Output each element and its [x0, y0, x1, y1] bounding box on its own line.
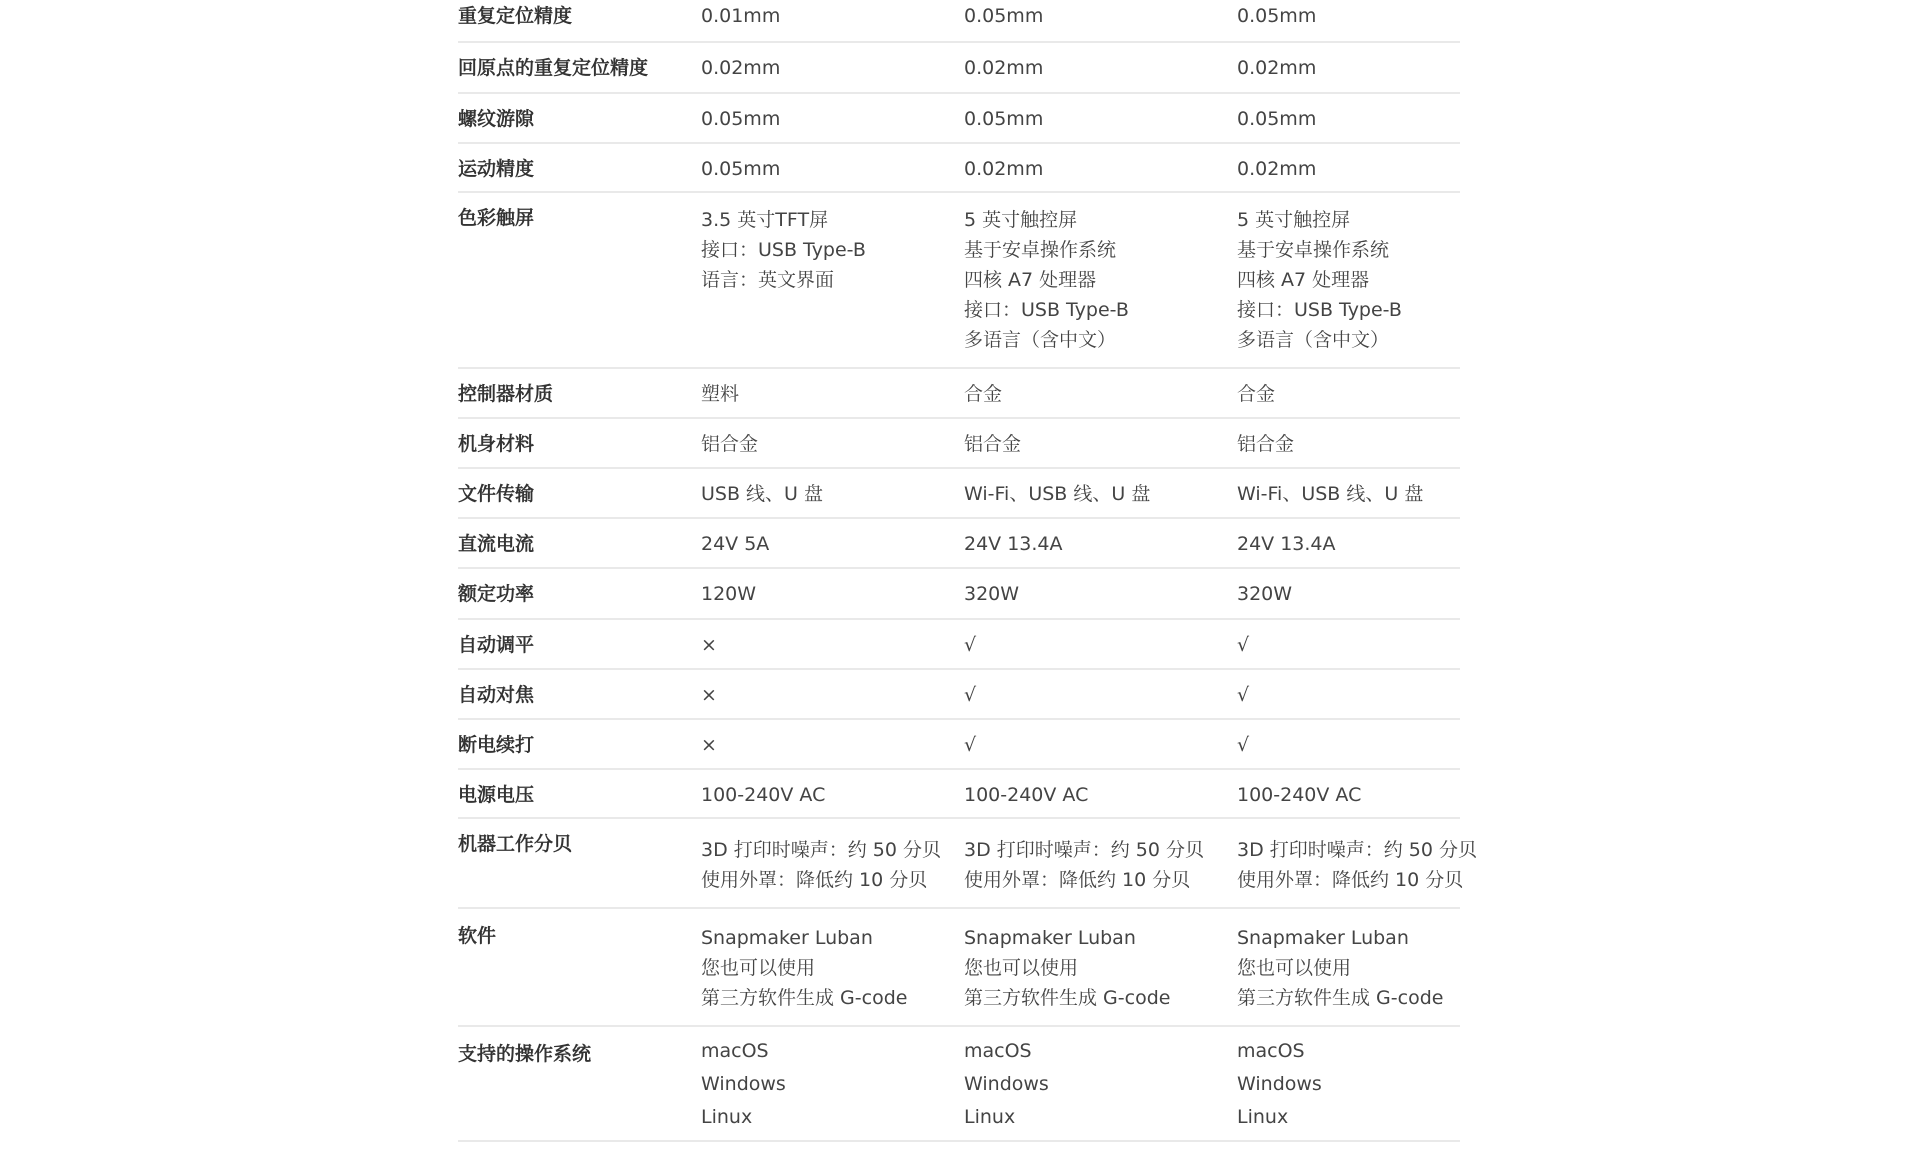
spec-value-line: 0.02mm: [1237, 55, 1316, 81]
spec-value-col-3: √: [1237, 682, 1249, 708]
spec-value-line: 3D 打印时噪声：约 50 分贝: [701, 835, 941, 865]
spec-value-col-3: 合金: [1237, 381, 1275, 407]
spec-value-line: 第三方软件生成 G-code: [964, 983, 1170, 1013]
spec-value-col-3: 24V 13.4A: [1237, 531, 1336, 557]
spec-value-col-3: 100-240V AC: [1237, 782, 1361, 808]
spec-value-line: 24V 13.4A: [1237, 531, 1336, 557]
spec-label: 直流电流: [458, 519, 701, 567]
spec-value-line: 5 英寸触控屏: [964, 205, 1129, 235]
spec-value-col-3: 5 英寸触控屏基于安卓操作系统四核 A7 处理器接口：USB Type-B多语言…: [1237, 205, 1402, 355]
spec-value-line: 100-240V AC: [964, 782, 1088, 808]
spec-value-line: 0.05mm: [701, 106, 780, 132]
spec-value-line: 0.05mm: [964, 106, 1043, 132]
table-row: 色彩触屏3.5 英寸TFT屏接口：USB Type-B语言：英文界面5 英寸触控…: [458, 193, 1460, 369]
spec-label: 色彩触屏: [458, 193, 701, 367]
spec-value-line: 0.05mm: [1237, 3, 1316, 29]
spec-value-col-2: 3D 打印时噪声：约 50 分贝使用外罩：降低约 10 分贝: [964, 835, 1204, 895]
spec-value-line: √: [1237, 732, 1249, 758]
spec-value-col-2: 0.02mm: [964, 55, 1043, 81]
spec-value-line: 100-240V AC: [1237, 782, 1361, 808]
spec-value-line: 接口：USB Type-B: [1237, 295, 1402, 325]
spec-value-col-1: 3D 打印时噪声：约 50 分贝使用外罩：降低约 10 分贝: [701, 835, 941, 895]
spec-value-col-3: √: [1237, 632, 1249, 658]
spec-value-line: √: [1237, 682, 1249, 708]
table-row: 额定功率120W320W320W: [458, 569, 1460, 620]
table-row: 螺纹游隙0.05mm0.05mm0.05mm: [458, 94, 1460, 144]
spec-value-col-2: 合金: [964, 381, 1002, 407]
spec-label: 回原点的重复定位精度: [458, 43, 701, 92]
spec-value-col-3: √: [1237, 732, 1249, 758]
spec-value-line: Windows: [701, 1068, 786, 1101]
table-row: 运动精度0.05mm0.02mm0.02mm: [458, 144, 1460, 193]
spec-value-col-1: 3.5 英寸TFT屏接口：USB Type-B语言：英文界面: [701, 205, 866, 295]
table-row: 软件Snapmaker Luban您也可以使用第三方软件生成 G-codeSna…: [458, 909, 1460, 1027]
spec-value-line: Linux: [1237, 1101, 1322, 1134]
spec-value-line: √: [964, 632, 976, 658]
spec-value-line: 多语言（含中文）: [1237, 325, 1402, 355]
spec-value-col-3: 铝合金: [1237, 431, 1294, 457]
spec-value-line: 0.01mm: [701, 3, 780, 29]
spec-value-line: Snapmaker Luban: [964, 923, 1170, 953]
spec-value-col-3: 0.02mm: [1237, 156, 1316, 182]
table-row: 机身材料铝合金铝合金铝合金: [458, 419, 1460, 469]
spec-value-col-3: macOSWindowsLinux: [1237, 1035, 1322, 1134]
spec-value-line: 0.02mm: [701, 55, 780, 81]
spec-value-line: 铝合金: [1237, 431, 1294, 457]
spec-label: 自动对焦: [458, 670, 701, 718]
spec-value-line: 320W: [964, 581, 1019, 607]
spec-value-col-1: 0.02mm: [701, 55, 780, 81]
spec-value-line: 3.5 英寸TFT屏: [701, 205, 866, 235]
spec-value-line: √: [964, 732, 976, 758]
spec-value-line: 第三方软件生成 G-code: [701, 983, 907, 1013]
spec-value-col-1: ×: [701, 682, 717, 708]
spec-value-line: 0.02mm: [964, 156, 1043, 182]
spec-value-line: 24V 13.4A: [964, 531, 1063, 557]
spec-label: 自动调平: [458, 620, 701, 668]
spec-value-line: Snapmaker Luban: [701, 923, 907, 953]
spec-value-col-2: 0.02mm: [964, 156, 1043, 182]
spec-value-col-2: Snapmaker Luban您也可以使用第三方软件生成 G-code: [964, 923, 1170, 1013]
spec-label: 文件传输: [458, 469, 701, 517]
table-row: 自动对焦×√√: [458, 670, 1460, 720]
spec-value-col-1: ×: [701, 632, 717, 658]
spec-value-col-3: 0.05mm: [1237, 106, 1316, 132]
spec-value-line: 第三方软件生成 G-code: [1237, 983, 1443, 1013]
spec-value-col-1: 铝合金: [701, 431, 758, 457]
spec-value-col-2: √: [964, 682, 976, 708]
spec-value-col-1: macOSWindowsLinux: [701, 1035, 786, 1134]
spec-value-line: 塑料: [701, 381, 739, 407]
spec-value-col-2: 320W: [964, 581, 1019, 607]
spec-value-line: 120W: [701, 581, 756, 607]
spec-value-line: Snapmaker Luban: [1237, 923, 1443, 953]
spec-value-col-2: macOSWindowsLinux: [964, 1035, 1049, 1134]
spec-label: 断电续打: [458, 720, 701, 768]
spec-value-line: √: [1237, 632, 1249, 658]
spec-value-col-3: 0.02mm: [1237, 55, 1316, 81]
spec-label: 机身材料: [458, 419, 701, 467]
spec-value-line: Wi-Fi、USB 线、U 盘: [1237, 481, 1423, 507]
spec-value-col-2: 0.05mm: [964, 106, 1043, 132]
spec-value-col-2: √: [964, 732, 976, 758]
spec-value-line: 多语言（含中文）: [964, 325, 1129, 355]
spec-value-col-1: 塑料: [701, 381, 739, 407]
spec-value-line: 铝合金: [701, 431, 758, 457]
spec-value-line: ×: [701, 632, 717, 658]
spec-value-col-2: 5 英寸触控屏基于安卓操作系统四核 A7 处理器接口：USB Type-B多语言…: [964, 205, 1129, 355]
spec-label: 重复定位精度: [458, 0, 701, 41]
spec-value-line: 四核 A7 处理器: [964, 265, 1129, 295]
spec-value-line: 您也可以使用: [964, 953, 1170, 983]
spec-value-line: 3D 打印时噪声：约 50 分贝: [1237, 835, 1477, 865]
spec-value-col-1: 24V 5A: [701, 531, 769, 557]
spec-label: 运动精度: [458, 144, 701, 191]
spec-value-line: ×: [701, 732, 717, 758]
spec-value-line: 100-240V AC: [701, 782, 825, 808]
spec-label: 电源电压: [458, 770, 701, 817]
table-row: 自动调平×√√: [458, 620, 1460, 670]
spec-value-line: Linux: [964, 1101, 1049, 1134]
spec-value-col-2: 100-240V AC: [964, 782, 1088, 808]
spec-value-line: 语言：英文界面: [701, 265, 866, 295]
spec-value-col-1: 100-240V AC: [701, 782, 825, 808]
spec-value-line: 0.05mm: [964, 3, 1043, 29]
spec-value-col-3: 3D 打印时噪声：约 50 分贝使用外罩：降低约 10 分贝: [1237, 835, 1477, 895]
spec-value-col-3: Wi-Fi、USB 线、U 盘: [1237, 481, 1423, 507]
spec-value-col-2: 铝合金: [964, 431, 1021, 457]
spec-value-line: 0.02mm: [964, 55, 1043, 81]
spec-value-line: 您也可以使用: [1237, 953, 1443, 983]
spec-value-line: USB 线、U 盘: [701, 481, 823, 507]
spec-label: 软件: [458, 909, 701, 1025]
spec-value-line: 接口：USB Type-B: [701, 235, 866, 265]
table-row: 电源电压100-240V AC100-240V AC100-240V AC: [458, 770, 1460, 819]
spec-value-line: 24V 5A: [701, 531, 769, 557]
spec-value-line: Windows: [964, 1068, 1049, 1101]
table-row: 重复定位精度0.01mm0.05mm0.05mm: [458, 0, 1460, 43]
spec-value-col-1: 0.01mm: [701, 3, 780, 29]
spec-value-col-1: Snapmaker Luban您也可以使用第三方软件生成 G-code: [701, 923, 907, 1013]
spec-value-line: 0.05mm: [701, 156, 780, 182]
table-row: 直流电流24V 5A24V 13.4A24V 13.4A: [458, 519, 1460, 569]
spec-value-col-3: 320W: [1237, 581, 1292, 607]
spec-value-col-2: 0.05mm: [964, 3, 1043, 29]
spec-label: 额定功率: [458, 569, 701, 618]
spec-value-line: 铝合金: [964, 431, 1021, 457]
spec-label: 控制器材质: [458, 369, 701, 417]
spec-value-col-3: Snapmaker Luban您也可以使用第三方软件生成 G-code: [1237, 923, 1443, 1013]
spec-value-line: √: [964, 682, 976, 708]
spec-value-col-3: 0.05mm: [1237, 3, 1316, 29]
spec-label: 机器工作分贝: [458, 819, 701, 907]
spec-value-col-1: 0.05mm: [701, 156, 780, 182]
spec-value-line: macOS: [1237, 1035, 1322, 1068]
spec-value-line: 使用外罩：降低约 10 分贝: [964, 865, 1204, 895]
spec-value-line: ×: [701, 682, 717, 708]
spec-value-col-1: ×: [701, 732, 717, 758]
spec-value-line: 0.02mm: [1237, 156, 1316, 182]
spec-value-col-2: 24V 13.4A: [964, 531, 1063, 557]
spec-value-line: 320W: [1237, 581, 1292, 607]
table-row: 断电续打×√√: [458, 720, 1460, 770]
spec-value-line: Wi-Fi、USB 线、U 盘: [964, 481, 1150, 507]
table-row: 控制器材质塑料合金合金: [458, 369, 1460, 419]
spec-value-line: 合金: [1237, 381, 1275, 407]
spec-value-line: 基于安卓操作系统: [964, 235, 1129, 265]
table-row: 机器工作分贝3D 打印时噪声：约 50 分贝使用外罩：降低约 10 分贝3D 打…: [458, 819, 1460, 909]
table-row: 回原点的重复定位精度0.02mm0.02mm0.02mm: [458, 43, 1460, 94]
spec-comparison-table: 重复定位精度0.01mm0.05mm0.05mm回原点的重复定位精度0.02mm…: [458, 0, 1460, 1142]
spec-value-col-1: 0.05mm: [701, 106, 780, 132]
spec-value-line: macOS: [964, 1035, 1049, 1068]
spec-value-line: 四核 A7 处理器: [1237, 265, 1402, 295]
spec-value-line: 基于安卓操作系统: [1237, 235, 1402, 265]
spec-value-line: 使用外罩：降低约 10 分贝: [701, 865, 941, 895]
spec-value-line: 0.05mm: [1237, 106, 1316, 132]
spec-value-col-1: USB 线、U 盘: [701, 481, 823, 507]
spec-label: 支持的操作系统: [458, 1027, 701, 1140]
spec-value-line: 接口：USB Type-B: [964, 295, 1129, 325]
spec-value-line: 使用外罩：降低约 10 分贝: [1237, 865, 1477, 895]
spec-label: 螺纹游隙: [458, 94, 701, 142]
spec-value-line: Linux: [701, 1101, 786, 1134]
spec-value-col-1: 120W: [701, 581, 756, 607]
spec-value-line: macOS: [701, 1035, 786, 1068]
spec-value-line: 合金: [964, 381, 1002, 407]
spec-value-line: 3D 打印时噪声：约 50 分贝: [964, 835, 1204, 865]
table-row: 文件传输USB 线、U 盘Wi-Fi、USB 线、U 盘Wi-Fi、USB 线、…: [458, 469, 1460, 519]
spec-value-line: Windows: [1237, 1068, 1322, 1101]
spec-value-col-2: Wi-Fi、USB 线、U 盘: [964, 481, 1150, 507]
spec-value-line: 您也可以使用: [701, 953, 907, 983]
table-row: 支持的操作系统macOSWindowsLinuxmacOSWindowsLinu…: [458, 1027, 1460, 1142]
spec-value-col-2: √: [964, 632, 976, 658]
spec-value-line: 5 英寸触控屏: [1237, 205, 1402, 235]
